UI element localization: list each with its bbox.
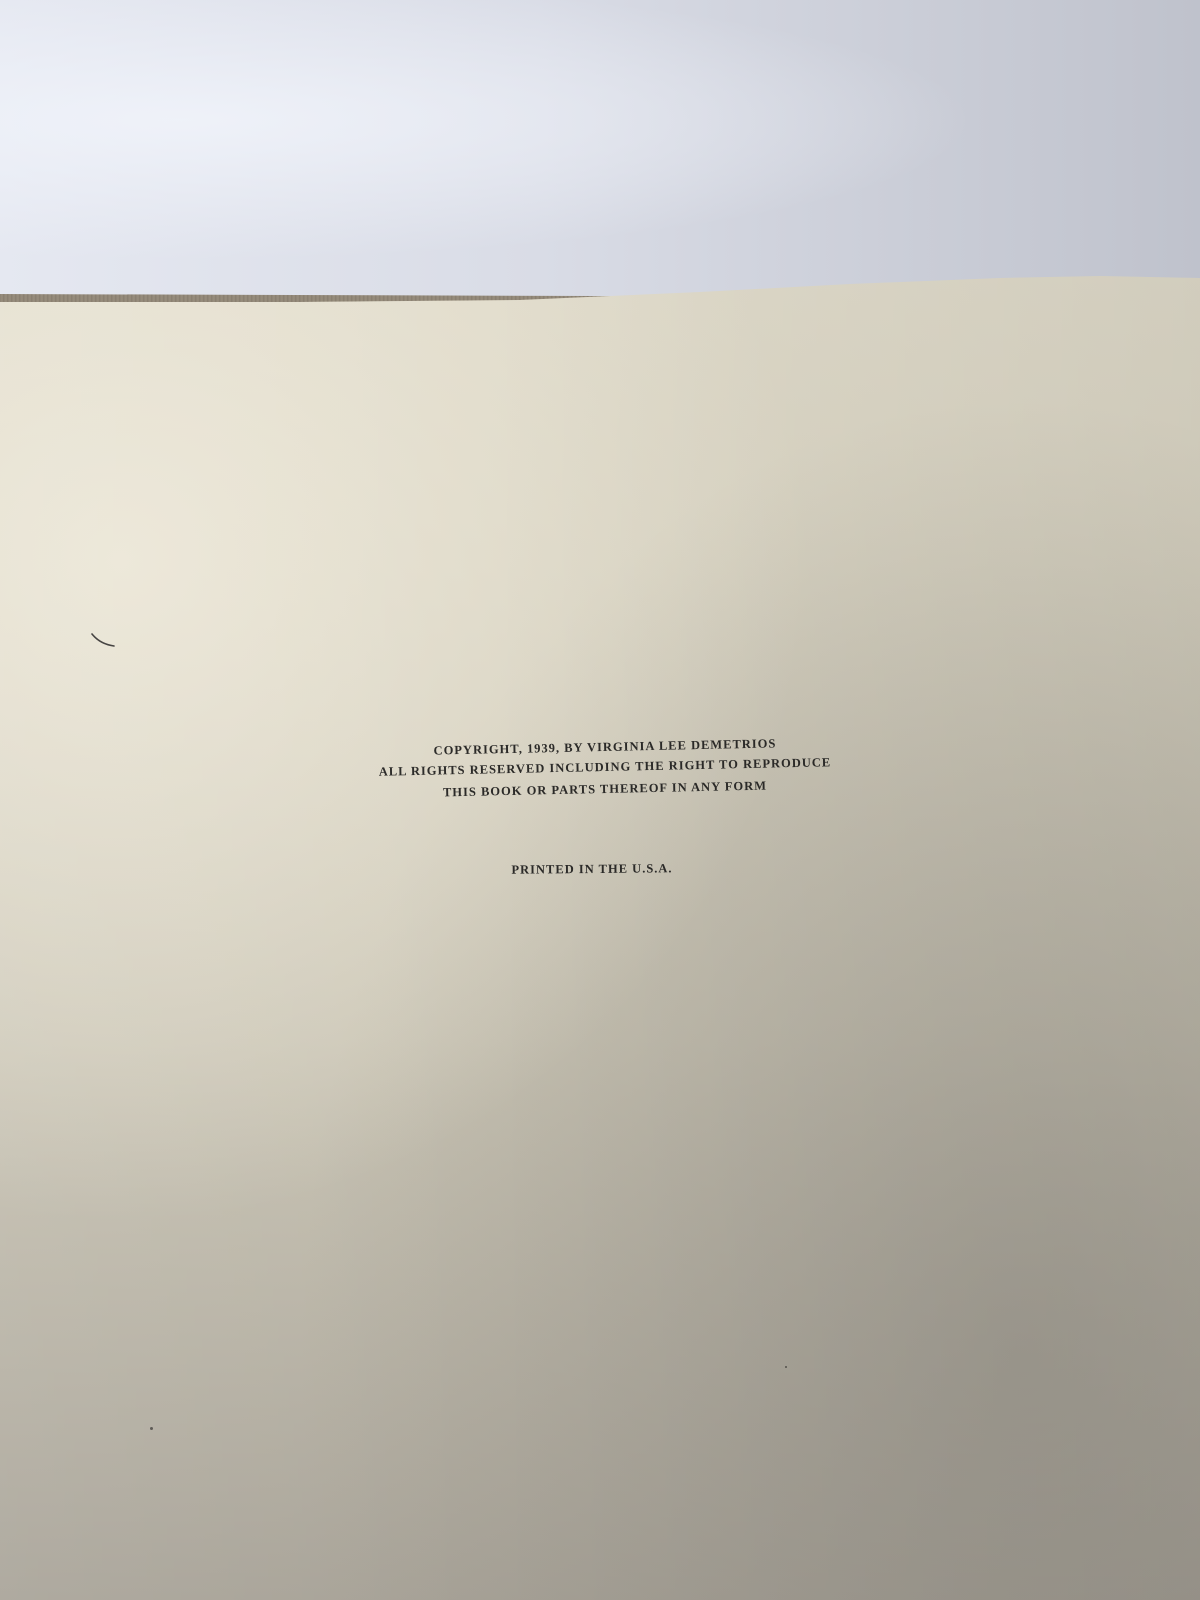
rights-line-1: ALL RIGHTS RESERVED INCLUDING THE RIGHT … — [5, 747, 1200, 787]
rights-line-2: THIS BOOK OR PARTS THEREOF IN ANY FORM — [5, 769, 1200, 809]
table-surface — [0, 0, 1200, 300]
hair-mark — [90, 632, 116, 648]
copyright-line: COPYRIGHT, 1939, BY VIRGINIA LEE DEMETRI… — [5, 727, 1200, 767]
paper-speck — [150, 1427, 153, 1430]
photo-scene: COPYRIGHT, 1939, BY VIRGINIA LEE DEMETRI… — [0, 0, 1200, 1600]
paper-speck — [785, 1366, 787, 1368]
printed-in-line: PRINTED IN THE U.S.A. — [0, 857, 1192, 882]
